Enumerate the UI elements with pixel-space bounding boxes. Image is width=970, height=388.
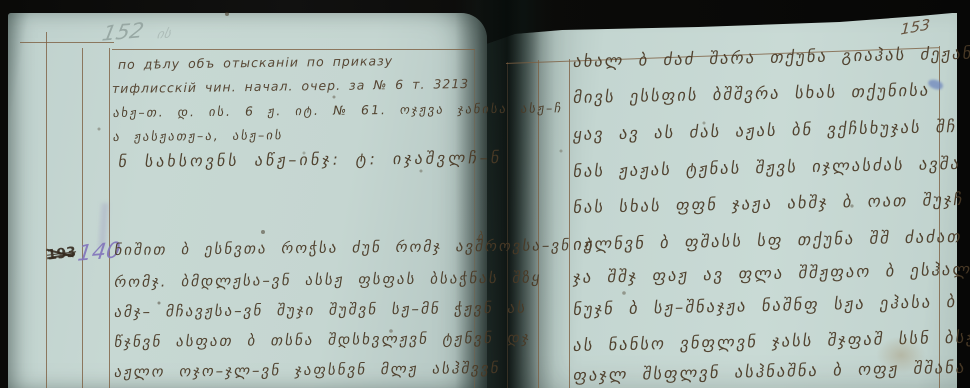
manuscript-scan: 152 ის 193 140 ბ по дѣлу объ отысканіи п… [0, 0, 970, 388]
left-margin-rule-1 [46, 32, 47, 388]
left-header-line: ა ჟასჟათჟ–ა, ასჟ–ის [112, 127, 285, 144]
left-top-rule-segment-2 [112, 49, 475, 50]
left-margin-rule-2 [82, 48, 83, 388]
left-margin-rule-3 [109, 48, 110, 388]
pencil-page-number: 152 [100, 18, 146, 45]
ink-speckles [0, 0, 2, 2]
paper-stain [876, 336, 926, 374]
pencil-page-number-suffix: ის [155, 27, 172, 43]
left-subject-line: ნ სახსოვნს აწჟ–ინჯ: ტ: იჯაშვლჩ–ნ [117, 148, 504, 171]
right-margin-rule-2 [569, 59, 570, 388]
